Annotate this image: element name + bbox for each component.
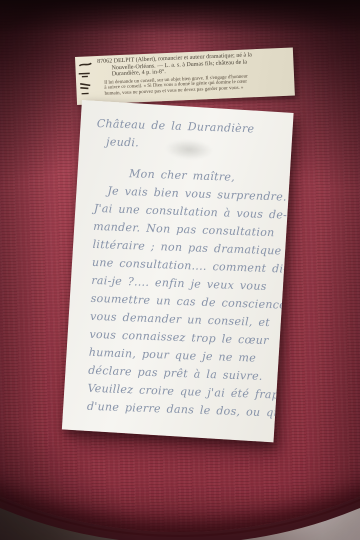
letter-page: Château de la Durandière jeudi. Mon cher…	[62, 100, 294, 442]
slip-printed-text: 87062 DELPIT (Albert), romancier et aute…	[97, 51, 291, 98]
handwritten-text: Château de la Durandière jeudi. Mon cher…	[87, 115, 291, 423]
catalog-slip: 87062 DELPIT (Albert), romancier et aute…	[75, 47, 295, 104]
photo-scene: 87062 DELPIT (Albert), romancier et aute…	[0, 0, 360, 540]
top-shadow	[0, 0, 360, 34]
ink-annotation-icon	[77, 60, 97, 104]
